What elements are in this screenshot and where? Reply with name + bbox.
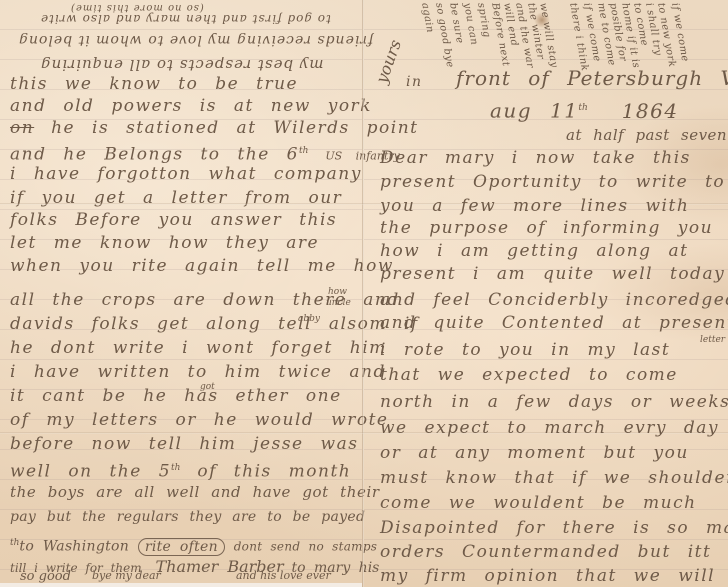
letter-line: he dont write i wont forget him <box>10 338 387 358</box>
letter-line: you a few more lines with <box>380 196 689 216</box>
letter-line: let me know how they are <box>10 233 319 253</box>
letter-line: this we know to be true <box>10 74 298 94</box>
letter-line: folks Before you answer this <box>10 210 337 230</box>
letter-line: must know that if we shouldent <box>380 468 728 488</box>
letter-line: or at any moment but you <box>380 443 689 463</box>
letter-location: front of Petersburgh V.a <box>456 68 728 88</box>
letter-date: aug 11th 1864 <box>490 98 679 121</box>
letter-line: north in a few days or weeks <box>380 392 728 412</box>
letter-line: i have forgotton what company <box>10 164 362 184</box>
letter-line: it cant be he has ether one <box>10 386 342 406</box>
paper-edge <box>0 583 362 587</box>
letter-line: when you rite again tell me how <box>10 256 394 276</box>
letter-line: pay but the regulars they are to be paye… <box>10 507 365 527</box>
closing-text: so good <box>20 569 71 584</box>
closing-text: and his love ever <box>236 569 331 582</box>
letter-line: i have written to him twice and <box>10 362 386 382</box>
letter-line: present i am quite well today <box>380 264 725 284</box>
location-prefix: in <box>406 72 423 92</box>
letter-line: my firm opinion that we will <box>380 566 715 586</box>
inverted-postscript-line: my best respects to all enquiring <box>40 56 324 74</box>
letter-line: the boys are all well and have got their <box>10 482 380 502</box>
letter-line: i rote to you in my last <box>380 340 670 360</box>
inserted-word: letter <box>700 335 725 345</box>
inserted-word: got <box>200 382 215 392</box>
letter-line: of my letters or he would wrote <box>10 410 388 430</box>
letter-line: and feel Conciderbly incoredged <box>380 290 728 310</box>
closing-text: bye my dear <box>92 569 161 582</box>
left-page: (so no more this time) to god first and … <box>0 0 362 587</box>
letter-line: thto Washington rite often dont send no … <box>10 533 377 557</box>
letter-line: Disapointed for there is so many <box>380 518 728 538</box>
letter-line: on he is stationed at Wilerds point <box>10 118 419 138</box>
letter-line: that we expected to come <box>380 365 678 385</box>
inverted-postscript-line: to god first and then mary and also writ… <box>40 12 331 26</box>
letter-line: if you get a letter from our <box>10 188 342 208</box>
letter-line: we expect to march evry day <box>380 418 719 438</box>
letter-line: and he Belongs to the 6th US infantry <box>10 141 400 167</box>
letter-line: the purpose of informing you <box>380 218 713 238</box>
letter-line: and quite Contented at present <box>380 313 728 333</box>
letter-line: well on the 5th of this month <box>10 458 351 482</box>
letter-line: come we wouldent be much <box>380 493 697 513</box>
letter-line: before now tell him jesse was <box>10 434 358 454</box>
struck-word: on <box>10 118 34 138</box>
circled-note: rite often <box>138 538 225 556</box>
letter-time: at half past seven am <box>566 125 728 145</box>
inserted-word: uncle <box>326 298 351 308</box>
letter-line: davids folks get along tell alsom if <box>10 314 419 334</box>
letter-sheet: (so no more this time) to god first and … <box>0 0 728 587</box>
letter-line: how i am getting along at <box>380 241 688 261</box>
letter-line: and old powers is at new york <box>10 96 372 116</box>
letter-line: Dear mary i now take this <box>380 148 691 168</box>
letter-line: present Oportunity to write to <box>380 172 725 192</box>
letter-line: orders Countermanded but itt is <box>380 542 728 562</box>
inverted-postscript-line: friends receiving my love to whom it bel… <box>18 32 373 48</box>
